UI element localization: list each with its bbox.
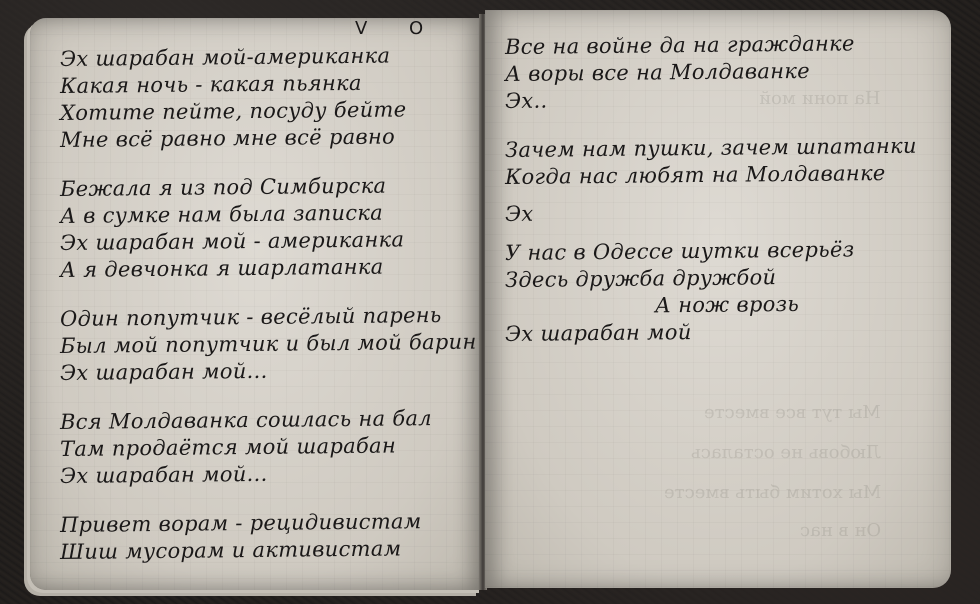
lyric-line: Эх xyxy=(505,196,941,228)
left-page-lyrics: Эх шарабан мой-американка Какая ночь - к… xyxy=(60,46,472,566)
lyric-line: Один попутчик - весёлый парень xyxy=(60,302,472,333)
bleed-through-text: Любовь не осталась xyxy=(691,442,881,463)
lyric-line: Привет ворам - рецидивистам xyxy=(60,508,472,539)
lyric-line: Вся Молдаванка сошлась на бал xyxy=(60,405,472,436)
lyric-line: Шиш мусорам и активистам xyxy=(60,535,472,566)
lyric-line: Там продаётся мой шарабан xyxy=(60,432,472,463)
bleed-through-text: Он в нас xyxy=(800,520,881,541)
lyric-line: А в сумке нам была записка xyxy=(60,199,472,230)
lyric-line: А я девчонка я шарлатанка xyxy=(60,253,472,284)
lyric-line: Какая ночь - какая пьянка xyxy=(60,69,472,100)
lyric-line: Когда нас любят на Молдаванке xyxy=(505,159,941,191)
lyric-line: Хотите пейте, посуду бейте xyxy=(60,96,472,127)
left-page: V O Эх шарабан мой-американка Какая ночь… xyxy=(30,18,482,590)
bleed-through-text: Мы хотим быть вместе xyxy=(664,482,881,503)
lyric-line: Эх шарабан мой - американка xyxy=(60,226,472,257)
bleed-through-text: Мы тут все вместе xyxy=(704,402,881,423)
right-page-lyrics: Все на войне да на гражданке А воры все … xyxy=(505,34,941,348)
notebook: V O Эх шарабан мой-американка Какая ночь… xyxy=(30,10,960,590)
page-marks: V O xyxy=(355,18,441,39)
right-page: На пони мой Мы тут все вместе Любовь не … xyxy=(485,10,951,588)
lyric-line: Эх шарабан мой-американка xyxy=(60,42,472,73)
lyric-line: Эх.. xyxy=(505,83,941,115)
lyric-line: Был мой попутчик и был мой барин xyxy=(60,329,472,360)
lyric-line: Эх шарабан мой xyxy=(505,316,941,348)
lyric-line: Мне всё равно мне всё равно xyxy=(60,123,472,154)
lyric-line: Эх шарабан мой... xyxy=(60,356,472,387)
lyric-line: Бежала я из под Симбирска xyxy=(60,172,472,203)
lyric-line: Эх шарабан мой... xyxy=(60,459,472,490)
